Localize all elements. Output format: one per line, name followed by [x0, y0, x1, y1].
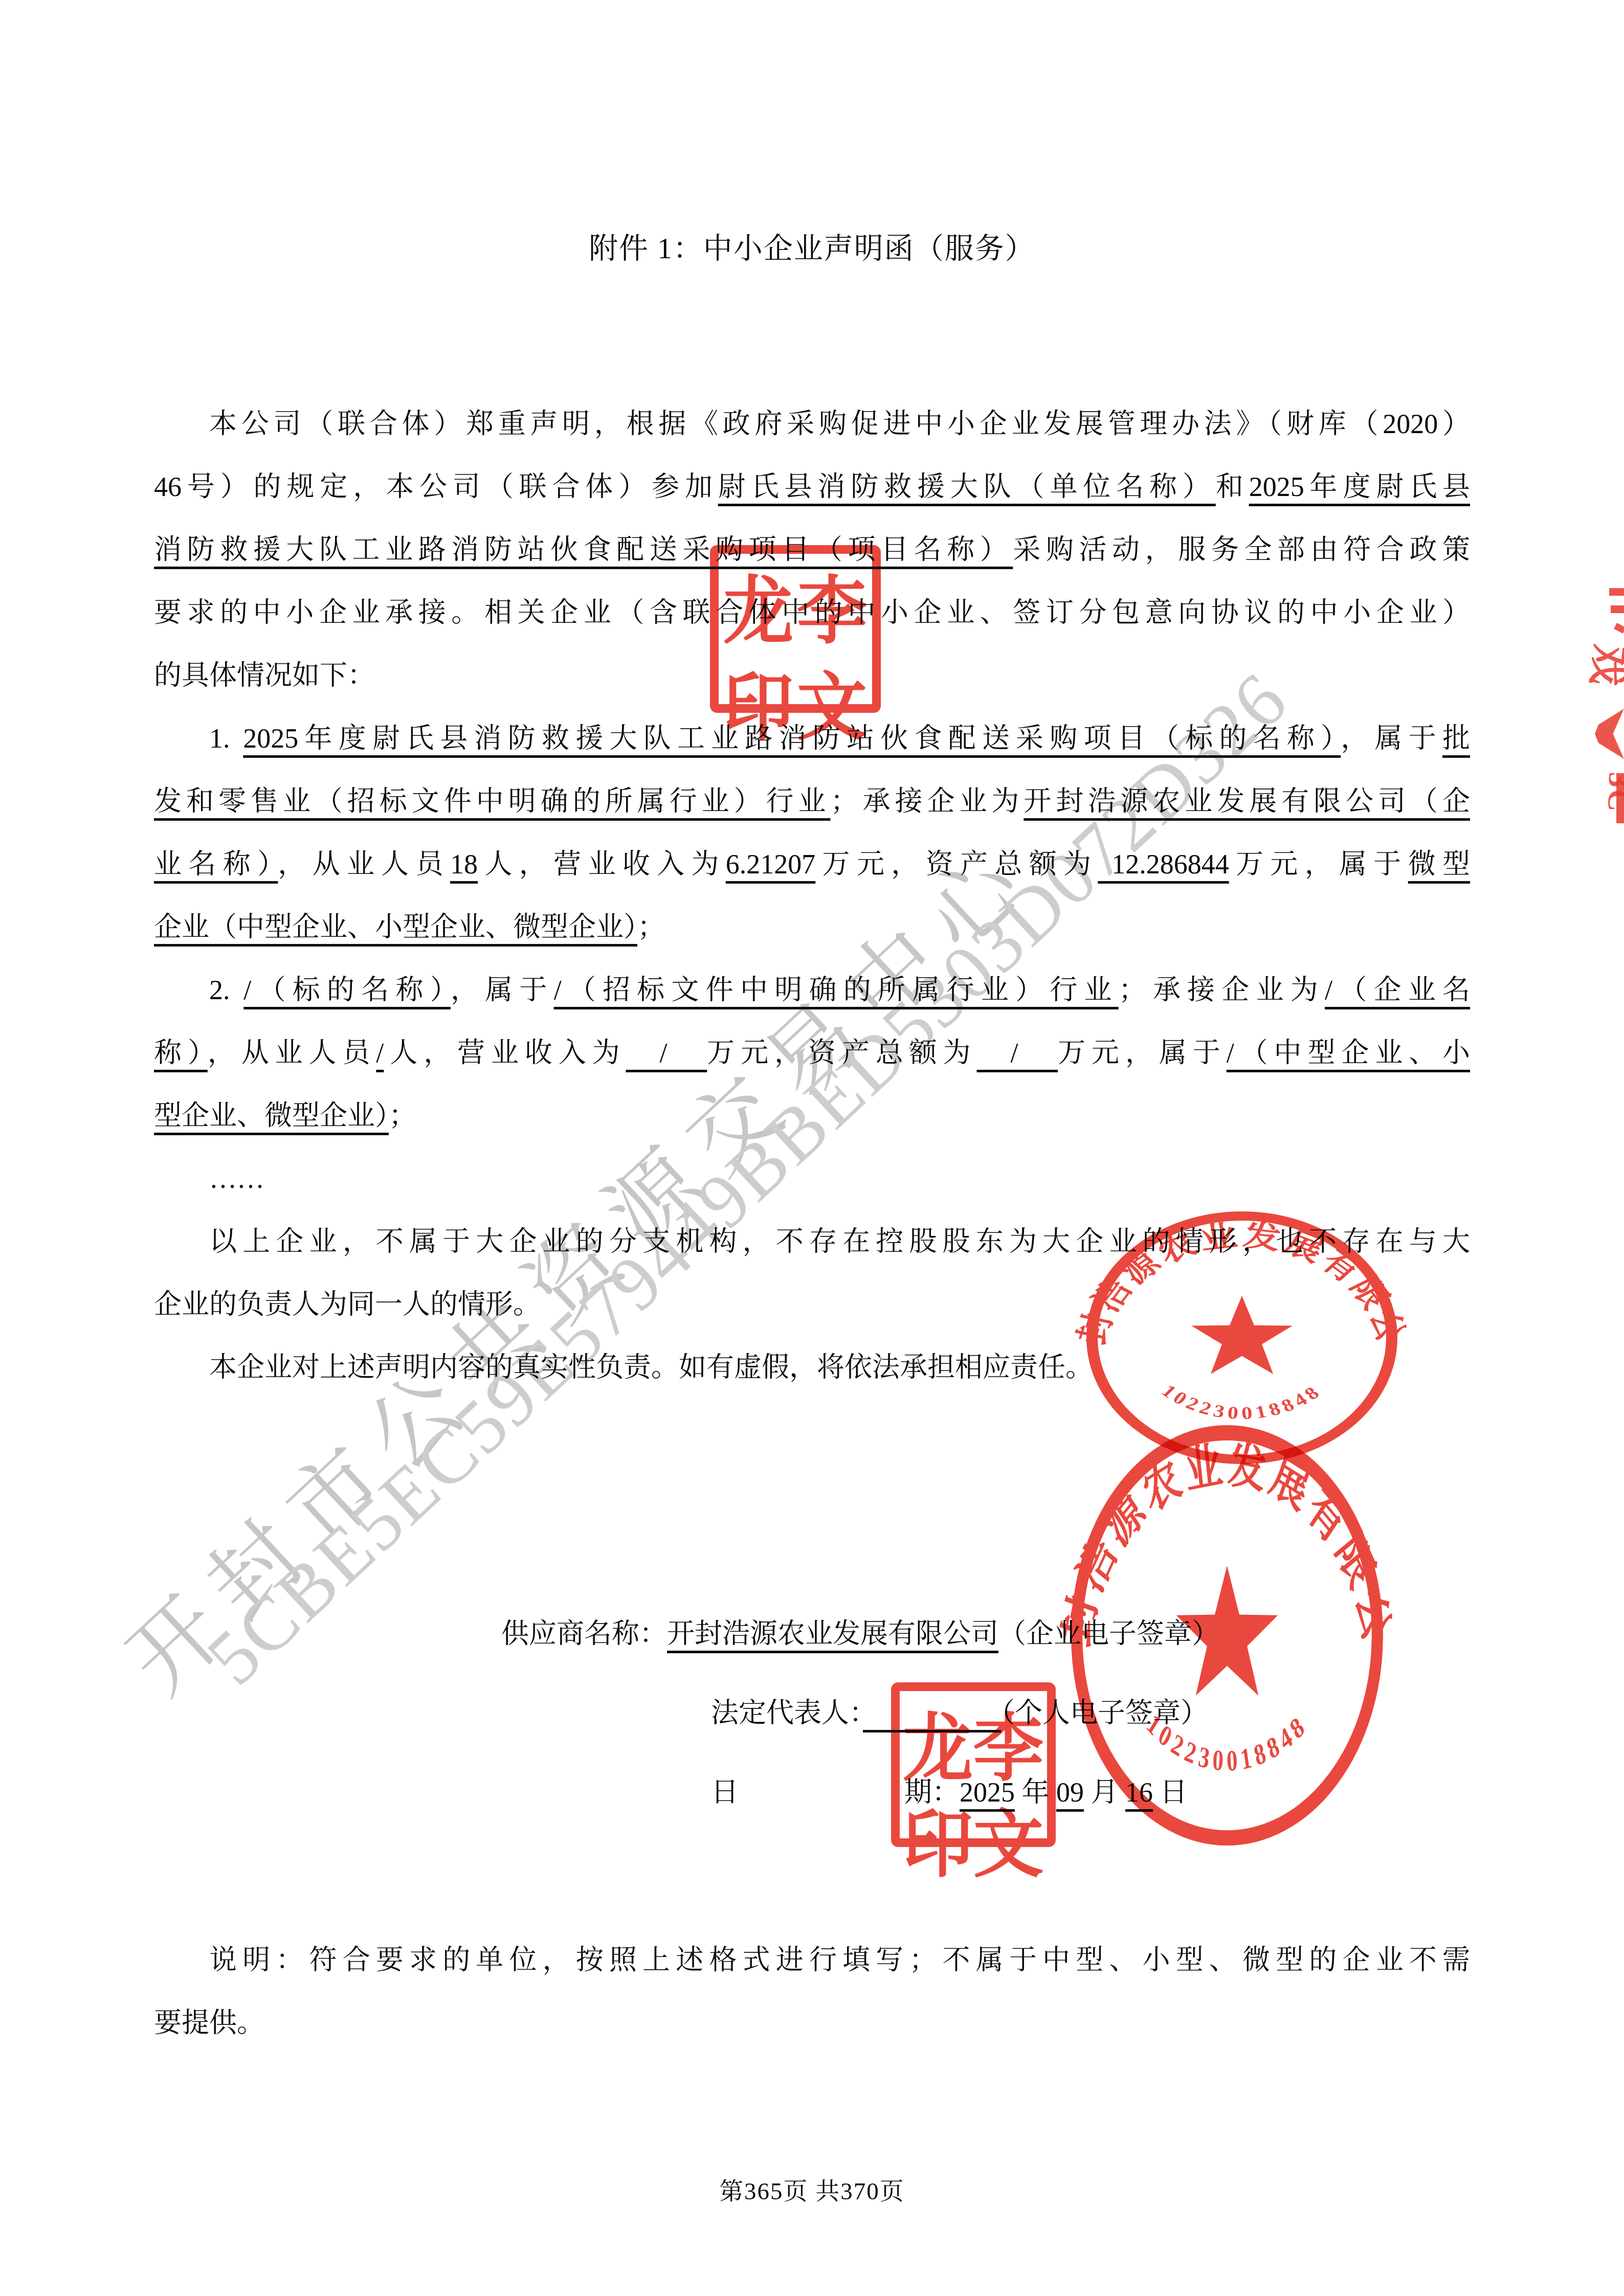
- text-run: 万元，资产总额为: [707, 1038, 976, 1068]
- seal-char: 龙: [723, 552, 794, 658]
- text-run: 采购活动，服务全部由符合政策: [1013, 534, 1470, 565]
- text-run: 本公司（联合体）郑重声明，根据《政府采购促进中小企业发展管理办法》（财库（202…: [209, 409, 1470, 439]
- text-run: /: [626, 1038, 707, 1068]
- text-run: 6.21207: [726, 849, 816, 880]
- text-line: 要提供。: [154, 1992, 1470, 2055]
- text-run: 法定代表人：: [711, 1698, 863, 1728]
- text-run: 和: [1216, 471, 1249, 502]
- edge-seal-fragment-star: [1595, 709, 1624, 759]
- text-run: /: [977, 1038, 1058, 1068]
- text-line: 企业（中型企业、小型企业、微型企业）；: [154, 896, 1470, 959]
- text-run: 开封浩源农业发展有限公司: [667, 1618, 998, 1649]
- edge-seal-fragment-char: 戏: [1581, 642, 1624, 689]
- page-number: 第365页 共370页: [0, 2172, 1624, 2207]
- edge-seal-fragment: [1616, 773, 1624, 823]
- text-run: 开封浩源农业发展有限公司（企: [1024, 786, 1470, 817]
- text-run: 发和零售业（招标文件中明确的所属行业）行业: [154, 786, 830, 817]
- text-run: ，从业人员: [278, 849, 450, 880]
- text-run: 12.286844: [1098, 849, 1229, 880]
- text-line: 称），从业人员/人，营业收入为 / 万元，资产总额为 / 万元，属于/（中型企业…: [154, 1022, 1470, 1085]
- text-run: /（招标文件中明确的所属行业）行业: [554, 975, 1119, 1005]
- text-line: ……: [154, 1147, 1470, 1210]
- text-run: 万元，属于: [1058, 1038, 1227, 1068]
- text-line: 说明：符合要求的单位，按照上述格式进行填写；不属于中型、小型、微型的企业不需: [154, 1929, 1470, 1992]
- company-seal-stamp-lower: 开封浩源农业发展有限公司 102230018848: [1065, 1417, 1389, 1853]
- seal-char: 印: [903, 1786, 973, 1892]
- text-run: /: [376, 1038, 384, 1068]
- text-run: ；: [389, 1100, 416, 1131]
- text-run: 消防救援大队工业路消防站伙食配送采购项目（项目名称）: [154, 534, 1013, 565]
- text-run: 46号）的规定，本公司（联合体）参加: [154, 471, 718, 502]
- text-run: 18: [450, 849, 478, 880]
- text-run: 企业的负责人为同一人的情形。: [154, 1289, 541, 1320]
- text-line: 发和零售业（招标文件中明确的所属行业）行业；承接企业为开封浩源农业发展有限公司（…: [154, 770, 1470, 833]
- edge-seal-fragment: [1611, 605, 1624, 613]
- text-run: ……: [209, 1163, 264, 1194]
- text-run: 要提供。: [154, 2008, 264, 2038]
- seal-char: 印: [723, 648, 794, 754]
- personal-seal-stamp-upper: 龙 李 印 文: [710, 545, 881, 713]
- edge-seal-fragment: [1609, 588, 1624, 596]
- company-seal-code: 102230018848: [1142, 1707, 1312, 1777]
- personal-seal-stamp-lower: 龙 李 印 文: [891, 1682, 1056, 1847]
- text-run: 型企业、微型企业）: [154, 1100, 389, 1131]
- text-run: 万元，资产总额为: [815, 849, 1098, 880]
- text-run: ，从业人员: [208, 1038, 376, 1068]
- text-run: ，属于: [451, 975, 554, 1005]
- page-title: 附件 1：中小企业声明函（服务）: [0, 225, 1624, 267]
- seal-char: 李: [973, 1690, 1044, 1795]
- seal-char: 李: [797, 552, 867, 658]
- text-line: 型企业、微型企业）；: [154, 1085, 1470, 1147]
- text-run: 供应商名称：: [501, 1618, 667, 1649]
- svg-text:102230018848: 102230018848: [1157, 1381, 1326, 1424]
- company-seal-code: 102230018848: [1157, 1381, 1326, 1424]
- text-run: 人，营业收入为: [478, 849, 726, 880]
- text-run: 万元，属于: [1229, 849, 1408, 880]
- document-page: 开封市公共资源交易中心 5CBE5EC59E579449BBED5303D072…: [0, 0, 1624, 2296]
- text-line: 业名称），从业人员18人，营业收入为6.21207万元，资产总额为 12.286…: [154, 833, 1470, 896]
- text-run: 的具体情况如下：: [154, 660, 375, 691]
- text-run: ；承接企业为: [1119, 975, 1325, 1005]
- text-run: 称）: [154, 1038, 208, 1068]
- seal-char: 文: [797, 648, 867, 754]
- text-run: 说明：符合要求的单位，按照上述格式进行填写；不属于中型、小型、微型的企业不需: [209, 1945, 1470, 1975]
- text-run: 本企业对上述声明内容的真实性负责。如有虚假，将依法承担相应责任。: [209, 1352, 1093, 1383]
- text-run: 企业（中型企业、小型企业、微型企业）: [154, 912, 637, 942]
- text-run: 人，营业收入为: [384, 1038, 626, 1068]
- text-run: 2025年度尉氏县: [1249, 471, 1470, 502]
- text-run: 批: [1442, 723, 1470, 754]
- star-icon: [1191, 1296, 1293, 1374]
- seal-char: 文: [973, 1786, 1044, 1892]
- text-run: 业名称）: [154, 849, 278, 880]
- note-paragraph: 说明：符合要求的单位，按照上述格式进行填写；不属于中型、小型、微型的企业不需要提…: [154, 1929, 1470, 2055]
- text-line: 本公司（联合体）郑重声明，根据《政府采购促进中小企业发展管理办法》（财库（202…: [154, 393, 1470, 456]
- text-run: /（中型企业、小: [1227, 1038, 1470, 1068]
- text-line: 2. /（标的名称），属于/（招标文件中明确的所属行业）行业；承接企业为/（企业…: [154, 959, 1470, 1022]
- text-run: ；: [637, 912, 665, 942]
- text-run: ，属于: [1341, 723, 1442, 754]
- text-run: /（标的名称）: [243, 975, 451, 1005]
- text-run: ；承接企业为: [830, 786, 1024, 817]
- svg-text:102230018848: 102230018848: [1142, 1707, 1312, 1777]
- text-run: /（企业名: [1325, 975, 1470, 1005]
- text-run: 尉氏县消防救援大队（单位名称）: [718, 471, 1216, 502]
- text-run: 1.: [209, 723, 243, 754]
- seal-char: 龙: [903, 1690, 973, 1795]
- edge-seal-fragment: [1614, 623, 1624, 634]
- text-run: 微型: [1408, 849, 1470, 880]
- star-icon: [1176, 1566, 1278, 1696]
- text-run: 2.: [209, 975, 243, 1005]
- text-line: 46号）的规定，本公司（联合体）参加尉氏县消防救援大队（单位名称）和2025年度…: [154, 456, 1470, 519]
